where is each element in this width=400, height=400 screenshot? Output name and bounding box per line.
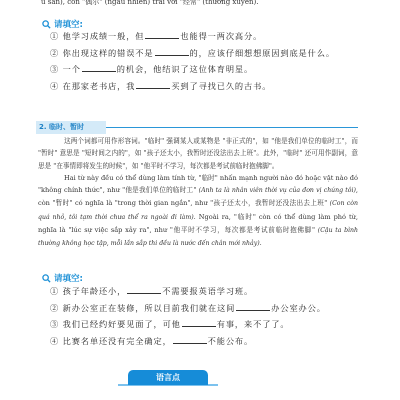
item-text-after: 也能得一两次高分。 — [180, 31, 262, 41]
item-text-before: 在那家老书店，我 — [63, 81, 136, 91]
document-page: ú sàn), còn "偶尔" (ngẫu nhiên) trái với "… — [0, 0, 400, 400]
section-title: 2. 临时、暂时 — [36, 121, 106, 134]
item-text-after: 不需要报英语学习班。 — [162, 286, 253, 296]
item-text-before: 一个 — [63, 64, 81, 74]
language-points-tab: 语言点 — [128, 370, 208, 385]
fill-in-blank[interactable] — [145, 28, 179, 39]
item-text-after: 不能公布。 — [208, 336, 253, 346]
exercise1-list: ① 他学习成绩一般，但也能得一两次高分。 ② 你出现这样的错误不是的，应该仔细想… — [50, 28, 335, 94]
explanation-body: 这两个词都可用作形容词。"临时" 强调某人或某物是 "非正式的"，如 "他是我们… — [38, 135, 358, 251]
exercise-item: ① 他学习成绩一般，但也能得一两次高分。 — [50, 28, 335, 45]
exercise-item: ① 孩子年龄还小，不需要报英语学习班。 — [50, 283, 326, 300]
explanation-chinese: 这两个词都可用作形容词。"临时" 强调某人或某物是 "非正式的"，如 "他是我们… — [38, 135, 358, 172]
item-text-after: 的机会，他结识了这位体育明星。 — [117, 64, 253, 74]
item-number: ② — [50, 48, 59, 58]
fill-in-blank[interactable] — [136, 78, 170, 89]
item-number: ④ — [50, 81, 59, 91]
section-header: 2. 临时、暂时 — [36, 114, 358, 128]
item-number: ① — [50, 31, 59, 41]
item-text-before: 新办公室正在装修，所以目前我们就在这间 — [63, 303, 236, 313]
item-number: ① — [50, 286, 59, 296]
previous-paragraph-tail: ú sàn), còn "偶尔" (ngẫu nhiên) trái với "… — [41, 0, 258, 7]
item-text-before: 他学习成绩一般，但 — [63, 31, 145, 41]
exercise-item: ② 新办公室正在装修，所以目前我们就在这间办公室办公。 — [50, 300, 326, 317]
fill-in-blank[interactable] — [127, 283, 161, 294]
explanation-vietnamese: Hai từ này đều có thể dùng làm tính từ, … — [38, 172, 358, 251]
exercise-item: ③ 我们已经约好要见面了，可他有事，来不了了。 — [50, 316, 326, 333]
exercise-item: ② 你出现这样的错误不是的，应该仔细想想原因到底是什么。 — [50, 45, 335, 62]
exercise-item: ④ 比赛名单还没有完全确定，不能公布。 — [50, 333, 326, 350]
item-text-before: 比赛名单还没有完全确定， — [63, 336, 172, 346]
item-number: ④ — [50, 336, 59, 346]
item-text-after: 有事，来不了了。 — [217, 319, 290, 329]
fill-in-blank[interactable] — [82, 61, 116, 72]
exercise-item: ④ 在那家老书店，我买到了寻找已久的古书。 — [50, 78, 335, 95]
exercise-item: ③ 一个的机会，他结识了这位体育明星。 — [50, 61, 335, 78]
search-icon — [42, 274, 51, 283]
item-text-before: 孩子年龄还小， — [63, 286, 127, 296]
text-run: . — [260, 239, 262, 247]
fill-in-blank[interactable] — [173, 333, 207, 344]
fill-in-blank[interactable] — [155, 45, 189, 56]
item-text-after: 买到了寻找已久的古书。 — [171, 81, 271, 91]
item-text-before: 你出现这样的错误不是 — [63, 48, 154, 58]
item-number: ③ — [50, 64, 59, 74]
item-text-before: 我们已经约好要见面了，可他 — [63, 319, 181, 329]
fill-in-blank[interactable] — [236, 300, 270, 311]
exercise2-list: ① 孩子年龄还小，不需要报英语学习班。 ② 新办公室正在装修，所以目前我们就在这… — [50, 283, 326, 349]
item-text-after: 的，应该仔细想想原因到底是什么。 — [190, 48, 335, 58]
item-number: ③ — [50, 319, 59, 329]
item-text-after: 办公室办公。 — [271, 303, 326, 313]
item-number: ② — [50, 303, 59, 313]
fill-in-blank[interactable] — [182, 316, 216, 327]
translation-run: (Anh ta là nhân viên thời vụ của đơn vị … — [199, 187, 356, 194]
